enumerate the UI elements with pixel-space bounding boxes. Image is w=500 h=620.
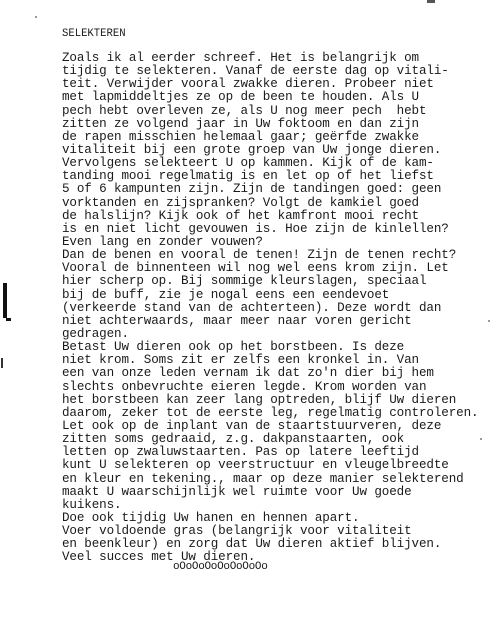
document-title: SELEKTEREN	[62, 28, 126, 40]
text-line: maakt U waarschijnlijk wel ruimte voor U…	[62, 486, 479, 499]
text-line: kunt U selekteren op veerstructuur en vl…	[62, 459, 479, 472]
text-line: en kleur en tekening., maar op deze mani…	[62, 473, 479, 486]
text-line: met lapmiddeltjes ze op de been te houde…	[62, 91, 479, 104]
text-line: het borstbeen kan zeer lang optreden, bl…	[62, 394, 479, 407]
scanned-page: SELEKTEREN Zoals ik al eerder schreef. H…	[0, 0, 500, 620]
scan-speck	[35, 16, 37, 18]
text-line: slechts onbevruchte eieren legde. Krom w…	[62, 381, 479, 394]
scan-speck	[480, 438, 482, 440]
text-line: hier scherp op. Bij sommige kleurslagen,…	[62, 275, 479, 288]
text-line: is en niet licht gevouwen is. Hoe zijn d…	[62, 223, 479, 236]
scan-mark	[6, 318, 11, 321]
text-line: (verkeerde stand van de achterteen). Dez…	[62, 302, 479, 315]
scan-mark	[427, 0, 435, 3]
text-line: de rapen misschien helemaal gaar; geërfd…	[62, 131, 479, 144]
text-line: de halslijn? Kijk ook of het kamfront mo…	[62, 210, 479, 223]
text-line: Veel succes met Uw dieren.	[62, 551, 479, 564]
scan-mark	[1, 358, 3, 368]
scan-speck	[488, 320, 490, 322]
text-line: zitten ze volgend jaar in Uw foktoom en …	[62, 118, 479, 131]
end-divider: oOoOoOoOoOoOoOo	[173, 561, 268, 573]
text-line: kuikens.	[62, 499, 479, 512]
text-line: 5 of 6 kampunten zijn. Zijn de tandingen…	[62, 183, 479, 196]
text-line: niet achterwaards, maar meer naar voren …	[62, 315, 479, 328]
document-body: Zoals ik al eerder schreef. Het is belan…	[62, 52, 479, 564]
text-line: daarom, zeker tot de eerste leg, regelma…	[62, 407, 479, 420]
text-line: pech hebt overleven ze, als U nog meer p…	[62, 105, 479, 118]
text-line: bij de buff, zie je nogal eens een eende…	[62, 289, 479, 302]
text-line: een van onze leden vernam ik dat zo'n di…	[62, 367, 479, 380]
text-line: vorktanden en zijspranken? Volgt de kamk…	[62, 197, 479, 210]
scan-mark	[3, 283, 7, 318]
